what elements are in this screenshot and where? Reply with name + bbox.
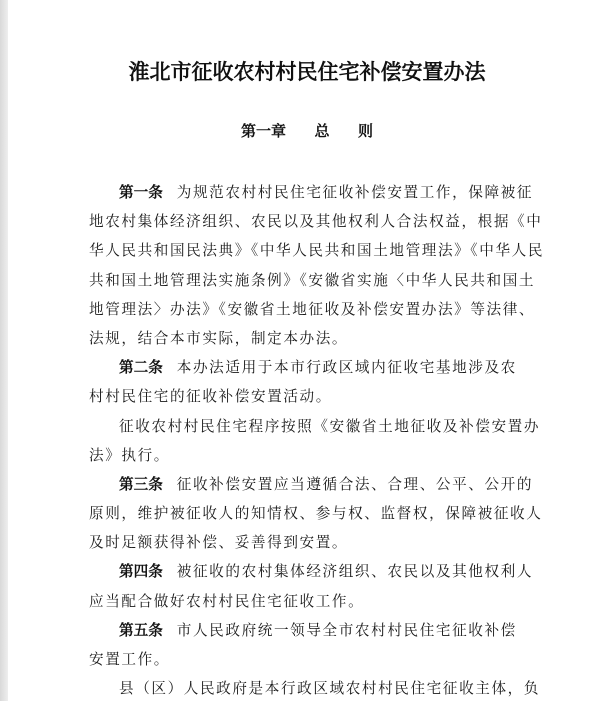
line-text: 市人民政府统一领导全市农村村民住宅征收补偿	[177, 622, 517, 639]
article-number: 第五条	[119, 622, 163, 639]
chapter-name-2: 则	[358, 120, 373, 141]
line-text: 村村民住宅的征收补偿安置活动。	[89, 388, 332, 405]
line-text: 县（区）人民政府是本行政区域农村村民住宅征收主体，负	[119, 680, 540, 697]
chapter-name-1: 总	[314, 120, 329, 141]
text-line: 第一条为规范农村村民住宅征收补偿安置工作，保障被征	[89, 178, 534, 207]
line-text: 地管理法〉办法》《安徽省土地征收及补偿安置办法》等法律、	[89, 301, 535, 318]
text-line: 征收农村村民住宅程序按照《安徽省土地征收及补偿安置办	[89, 412, 534, 441]
article-number: 第二条	[119, 359, 163, 376]
text-line: 第三条征收补偿安置应当遵循合法、合理、公平、公开的	[89, 470, 534, 499]
line-text: 及时足额获得补偿、妥善得到安置。	[89, 534, 348, 551]
line-text: 被征收的农村集体经济组织、农民以及其他权利人	[177, 563, 533, 580]
page-edge-shadow	[0, 0, 8, 701]
article-number: 第三条	[119, 476, 163, 493]
line-text: 共和国土地管理法实施条例》《安徽省实施〈中华人民共和国土	[89, 272, 535, 289]
line-text: 法》执行。	[89, 447, 170, 464]
text-line: 地管理法〉办法》《安徽省土地征收及补偿安置办法》等法律、	[89, 295, 534, 324]
line-text: 为规范农村村民住宅征收补偿安置工作，保障被征	[177, 184, 533, 201]
text-line: 安置工作。	[89, 645, 534, 674]
document-body: 第一条为规范农村村民住宅征收补偿安置工作，保障被征地农村集体经济组织、农民以及其…	[89, 178, 534, 701]
line-text: 原则，维护被征收人的知情权、参与权、监督权，保障被征收人	[89, 505, 542, 522]
text-line: 第四条被征收的农村集体经济组织、农民以及其他权利人	[89, 557, 534, 586]
text-line: 原则，维护被征收人的知情权、参与权、监督权，保障被征收人	[89, 499, 534, 528]
line-text: 地农村集体经济组织、农民以及其他权利人合法权益，根据《中	[89, 213, 542, 230]
line-text: 应当配合做好农村村民住宅征收工作。	[89, 593, 364, 610]
article-number: 第一条	[119, 184, 163, 201]
line-text: 本办法适用于本市行政区域内征收宅基地涉及农	[177, 359, 517, 376]
line-text: 安置工作。	[89, 651, 170, 668]
text-line: 地农村集体经济组织、农民以及其他权利人合法权益，根据《中	[89, 207, 534, 236]
line-text: 征收农村村民住宅程序按照《安徽省土地征收及补偿安置办	[119, 418, 540, 435]
chapter-number: 第一章	[241, 120, 286, 141]
text-line: 华人民共和国民法典》《中华人民共和国土地管理法》《中华人民	[89, 236, 534, 265]
text-line: 县（区）人民政府是本行政区域农村村民住宅征收主体，负	[89, 674, 534, 701]
line-text: 征收补偿安置应当遵循合法、合理、公平、公开的	[177, 476, 533, 493]
text-line: 及时足额获得补偿、妥善得到安置。	[89, 528, 534, 557]
text-line: 第二条本办法适用于本市行政区域内征收宅基地涉及农	[89, 353, 534, 382]
line-text: 法规，结合本市实际，制定本办法。	[89, 330, 348, 347]
document-page: 淮北市征收农村村民住宅补偿安置办法 第一章 总 则 第一条为规范农村村民住宅征收…	[8, 0, 606, 701]
text-line: 共和国土地管理法实施条例》《安徽省实施〈中华人民共和国土	[89, 266, 534, 295]
text-line: 法》执行。	[89, 441, 534, 470]
text-line: 应当配合做好农村村民住宅征收工作。	[89, 587, 534, 616]
text-line: 第五条市人民政府统一领导全市农村村民住宅征收补偿	[89, 616, 534, 645]
text-line: 法规，结合本市实际，制定本办法。	[89, 324, 534, 353]
document-title: 淮北市征收农村村民住宅补偿安置办法	[8, 56, 606, 86]
article-number: 第四条	[119, 563, 163, 580]
chapter-heading: 第一章 总 则	[8, 120, 606, 141]
text-line: 村村民住宅的征收补偿安置活动。	[89, 382, 534, 411]
line-text: 华人民共和国民法典》《中华人民共和国土地管理法》《中华人民	[89, 242, 544, 259]
